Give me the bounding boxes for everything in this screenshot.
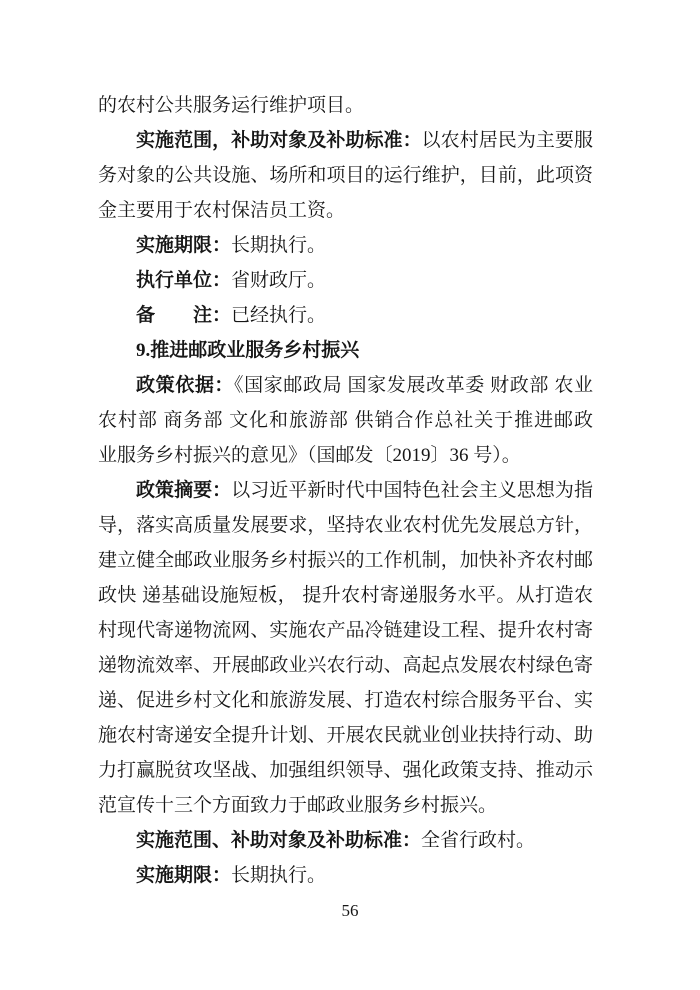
body-text: 全省行政村。: [421, 830, 535, 851]
paragraph: 实施范围、补助对象及补助标准：全省行政村。: [98, 823, 593, 858]
paragraph: 实施范围，补助对象及补助标准：以农村居民为主要服务对象的公共设施、场所和项目的运…: [98, 123, 593, 228]
text-line: 政策摘要：以习近平新时代中国特色社会主义思想为指: [98, 473, 593, 508]
body-text: 范宣传十三个方面致力于邮政业服务乡村振兴。: [98, 795, 497, 816]
body-text: 务对象的公共设施、场所和项目的运行维护，目前，此项资: [98, 165, 593, 186]
text-line: 力打赢脱贫攻坚战、加强组织领导、强化政策支持、推动示: [98, 753, 593, 788]
bold-label-text: 9.推进邮政业服务乡村振兴: [136, 340, 359, 361]
body-text: 政快 递基础设施短板， 提升农村寄递服务水平。从打造农: [98, 585, 593, 606]
text-line: 建立健全邮政业服务乡村振兴的工作机制，加快补齐农村邮: [98, 543, 593, 578]
body-text: 《国家邮政局 国家发展改革委 财政部 农业: [234, 375, 593, 396]
bold-label-text: 实施范围、补助对象及补助标准：: [136, 830, 421, 851]
body-text: 建立健全邮政业服务乡村振兴的工作机制，加快补齐农村邮: [98, 550, 593, 571]
paragraph: 的农村公共服务运行维护项目。: [98, 88, 593, 123]
body-text: 的农村公共服务运行维护项目。: [98, 95, 364, 116]
body-text: 金主要用于农村保洁员工资。: [98, 200, 345, 221]
paragraph: 政策依据：《国家邮政局 国家发展改革委 财政部 农业农村部 商务部 文化和旅游部…: [98, 368, 593, 473]
body-text: 业服务乡村振兴的意见》（国邮发〔2019〕36 号）。: [98, 445, 521, 466]
text-line: 施农村寄递安全提升计划、开展农民就业创业扶持行动、助: [98, 718, 593, 753]
text-line: 的农村公共服务运行维护项目。: [98, 88, 593, 123]
text-line: 备 注：已经执行。: [98, 298, 593, 333]
document-page: 的农村公共服务运行维护项目。实施范围，补助对象及补助标准：以农村居民为主要服务对…: [0, 0, 700, 990]
text-line: 导，落实高质量发展要求，坚持农业农村优先发展总方针，: [98, 508, 593, 543]
text-line: 农村部 商务部 文化和旅游部 供销合作总社关于推进邮政: [98, 403, 593, 438]
body-text: 以农村居民为主要服: [422, 130, 593, 151]
body-text: 施农村寄递安全提升计划、开展农民就业创业扶持行动、助: [98, 725, 593, 746]
text-line: 村现代寄递物流网、实施农产品冷链建设工程、提升农村寄: [98, 613, 593, 648]
text-line: 实施范围，补助对象及补助标准：以农村居民为主要服: [98, 123, 593, 158]
body-text: 以习近平新时代中国特色社会主义思想为指: [231, 480, 593, 501]
bold-label-text: 政策依据：: [136, 375, 234, 396]
bold-label-text: 执行单位：: [136, 270, 231, 291]
text-line: 政策依据：《国家邮政局 国家发展改革委 财政部 农业: [98, 368, 593, 403]
body-text: 农村部 商务部 文化和旅游部 供销合作总社关于推进邮政: [98, 410, 593, 431]
text-line: 业服务乡村振兴的意见》（国邮发〔2019〕36 号）。: [98, 438, 593, 473]
body-text: 村现代寄递物流网、实施农产品冷链建设工程、提升农村寄: [98, 620, 593, 641]
text-line: 实施范围、补助对象及补助标准：全省行政村。: [98, 823, 593, 858]
body-text: 递物流效率、开展邮政业兴农行动、高起点发展农村绿色寄: [98, 655, 593, 676]
bold-label-text: 实施期限：: [136, 235, 231, 256]
text-line: 9.推进邮政业服务乡村振兴: [98, 333, 593, 368]
text-line: 递、促进乡村文化和旅游发展、打造农村综合服务平台、实: [98, 683, 593, 718]
paragraph: 政策摘要：以习近平新时代中国特色社会主义思想为指导，落实高质量发展要求，坚持农业…: [98, 473, 593, 823]
section-heading: 9.推进邮政业服务乡村振兴: [98, 333, 593, 368]
paragraph: 实施期限：长期执行。: [98, 228, 593, 263]
bold-label-text: 政策摘要：: [136, 480, 231, 501]
paragraph: 执行单位：省财政厅。: [98, 263, 593, 298]
body-text: 长期执行。: [231, 865, 326, 886]
body-text: 导，落实高质量发展要求，坚持农业农村优先发展总方针，: [98, 515, 593, 536]
bold-label-text: 备 注：: [136, 305, 231, 326]
bold-label-text: 实施期限：: [136, 865, 231, 886]
text-line: 范宣传十三个方面致力于邮政业服务乡村振兴。: [98, 788, 593, 823]
text-line: 递物流效率、开展邮政业兴农行动、高起点发展农村绿色寄: [98, 648, 593, 683]
body-text: 长期执行。: [231, 235, 326, 256]
body-text: 已经执行。: [231, 305, 326, 326]
text-line: 务对象的公共设施、场所和项目的运行维护，目前，此项资: [98, 158, 593, 193]
text-line: 实施期限：长期执行。: [98, 858, 593, 893]
text-block: 的农村公共服务运行维护项目。实施范围，补助对象及补助标准：以农村居民为主要服务对…: [98, 88, 593, 893]
text-line: 实施期限：长期执行。: [98, 228, 593, 263]
paragraph: 实施期限：长期执行。: [98, 858, 593, 893]
paragraph: 备 注：已经执行。: [98, 298, 593, 333]
page-number: 56: [0, 896, 700, 926]
bold-label-text: 实施范围，补助对象及补助标准：: [136, 130, 422, 151]
text-line: 执行单位：省财政厅。: [98, 263, 593, 298]
body-text: 省财政厅。: [231, 270, 326, 291]
text-line: 政快 递基础设施短板， 提升农村寄递服务水平。从打造农: [98, 578, 593, 613]
body-text: 递、促进乡村文化和旅游发展、打造农村综合服务平台、实: [98, 690, 593, 711]
body-text: 力打赢脱贫攻坚战、加强组织领导、强化政策支持、推动示: [98, 760, 593, 781]
text-line: 金主要用于农村保洁员工资。: [98, 193, 593, 228]
